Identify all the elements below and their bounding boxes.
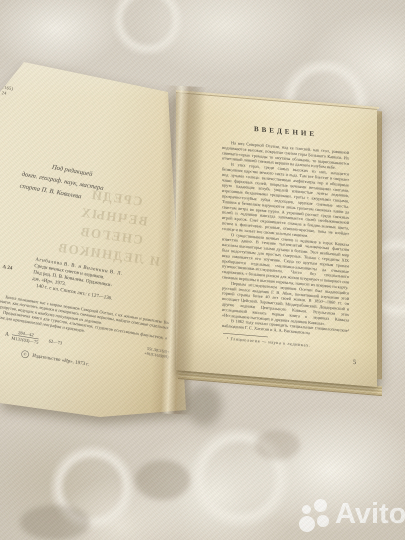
bib-line: 140 с. с ил. Список лит.: с 127—136.	[31, 282, 166, 311]
bib-line: Под ред. П. В. Ковалева. Орджоники-	[33, 269, 168, 298]
fabric-swirl	[40, 440, 145, 535]
watermark-label: Avito	[335, 498, 405, 531]
bib-line: дзе, «Ир», 1973.	[32, 275, 167, 304]
showthrough-line: ВЕЧНЫХ	[51, 198, 177, 234]
editor-block: Под редакцией докт. географ. наук, масте…	[19, 156, 122, 208]
fabric-shadow	[20, 505, 90, 540]
formula-index: 551.3(С163)+ +91(С163)(09)	[144, 346, 169, 359]
copyright-line: © Издательство «Ир», 1973 г.	[21, 350, 151, 378]
bib-authors: Агибалова В. В. и Виленкин В. Л.	[35, 256, 170, 285]
editor-line: докт. географ. наук, мастера	[21, 168, 120, 197]
editor-line: Под редакцией	[23, 156, 122, 185]
fabric-shadow	[255, 430, 300, 460]
chapter-heading: ВВЕДЕНИЕ	[222, 123, 349, 142]
copyright-text: Издательство «Ир», 1973 г.	[32, 353, 90, 367]
showthrough-line: СНЕГОВ	[48, 217, 174, 253]
fabric-shadow	[135, 460, 190, 500]
book-photo: 4(с165) А 24 Под редакцией докт. географ…	[0, 0, 405, 540]
editor-line: спорта П. В. Ковалева	[19, 180, 118, 209]
bib-title: Среди вечных снегов и ледников.	[34, 262, 169, 291]
annotation-paragraph: Книга познакомит вас с миром ледников Се…	[0, 293, 170, 336]
index-code: А 24	[2, 264, 13, 271]
book-right-page: ВВЕДЕНИЕ На юге Северной Осетии, над ее …	[176, 92, 377, 387]
showthrough-title: СРЕДИ ВЕЧНЫХ СНЕГОВ И ЛЕДНИКОВ	[45, 180, 179, 273]
showthrough-line: И ЛЕДНИКОВ	[45, 236, 171, 272]
avito-watermark: Avito	[299, 496, 405, 533]
fabric-swirl	[100, 0, 195, 55]
formula-index-line: +91(С163)(09)	[144, 351, 169, 359]
annotation-block: Книга познакомит вас с миром ледников Се…	[0, 293, 170, 346]
showthrough-line: СРЕДИ	[53, 180, 179, 216]
classification-formula: А 284—42 М131(03)—75 62—73 551.3(С163)+ …	[4, 328, 169, 365]
formula-fraction: 284—42 М131(03)—75	[11, 329, 40, 345]
footnote: ¹ Гляциология — наука о ледниках.	[222, 335, 349, 351]
formula-numerator: 284—42	[12, 329, 40, 339]
fabric-swirl	[175, 425, 305, 530]
formula-prefix: А	[5, 331, 10, 338]
gutter-bottom-shadow	[186, 384, 222, 426]
formula-denominator: М131(03)—75	[11, 335, 39, 345]
copyright-icon: ©	[21, 350, 30, 359]
fore-edge	[377, 111, 382, 379]
classification-code: 4(с165)	[0, 84, 43, 96]
avito-logo-icon	[299, 496, 332, 533]
bibliography-block: Агибалова В. В. и Виленкин В. Л. Среди в…	[31, 256, 170, 311]
body-paragraph: В этих горах, среди самых высоких из них…	[222, 161, 349, 242]
author-sign-code: А 24	[0, 89, 42, 101]
page-number: 5	[353, 359, 356, 366]
annotation-paragraph: Предназначена книга для туристов, альпин…	[0, 308, 167, 345]
introduction-text-column: ВВЕДЕНИЕ На юге Северной Осетии, над ее …	[222, 123, 349, 352]
book-left-page: 4(с165) А 24 Под редакцией докт. географ…	[0, 55, 190, 425]
formula-index-line: 551.3(С163)+	[147, 346, 170, 354]
formula-result: 62—73	[48, 338, 62, 345]
library-stamp: 4(с165) А 24	[0, 84, 43, 101]
